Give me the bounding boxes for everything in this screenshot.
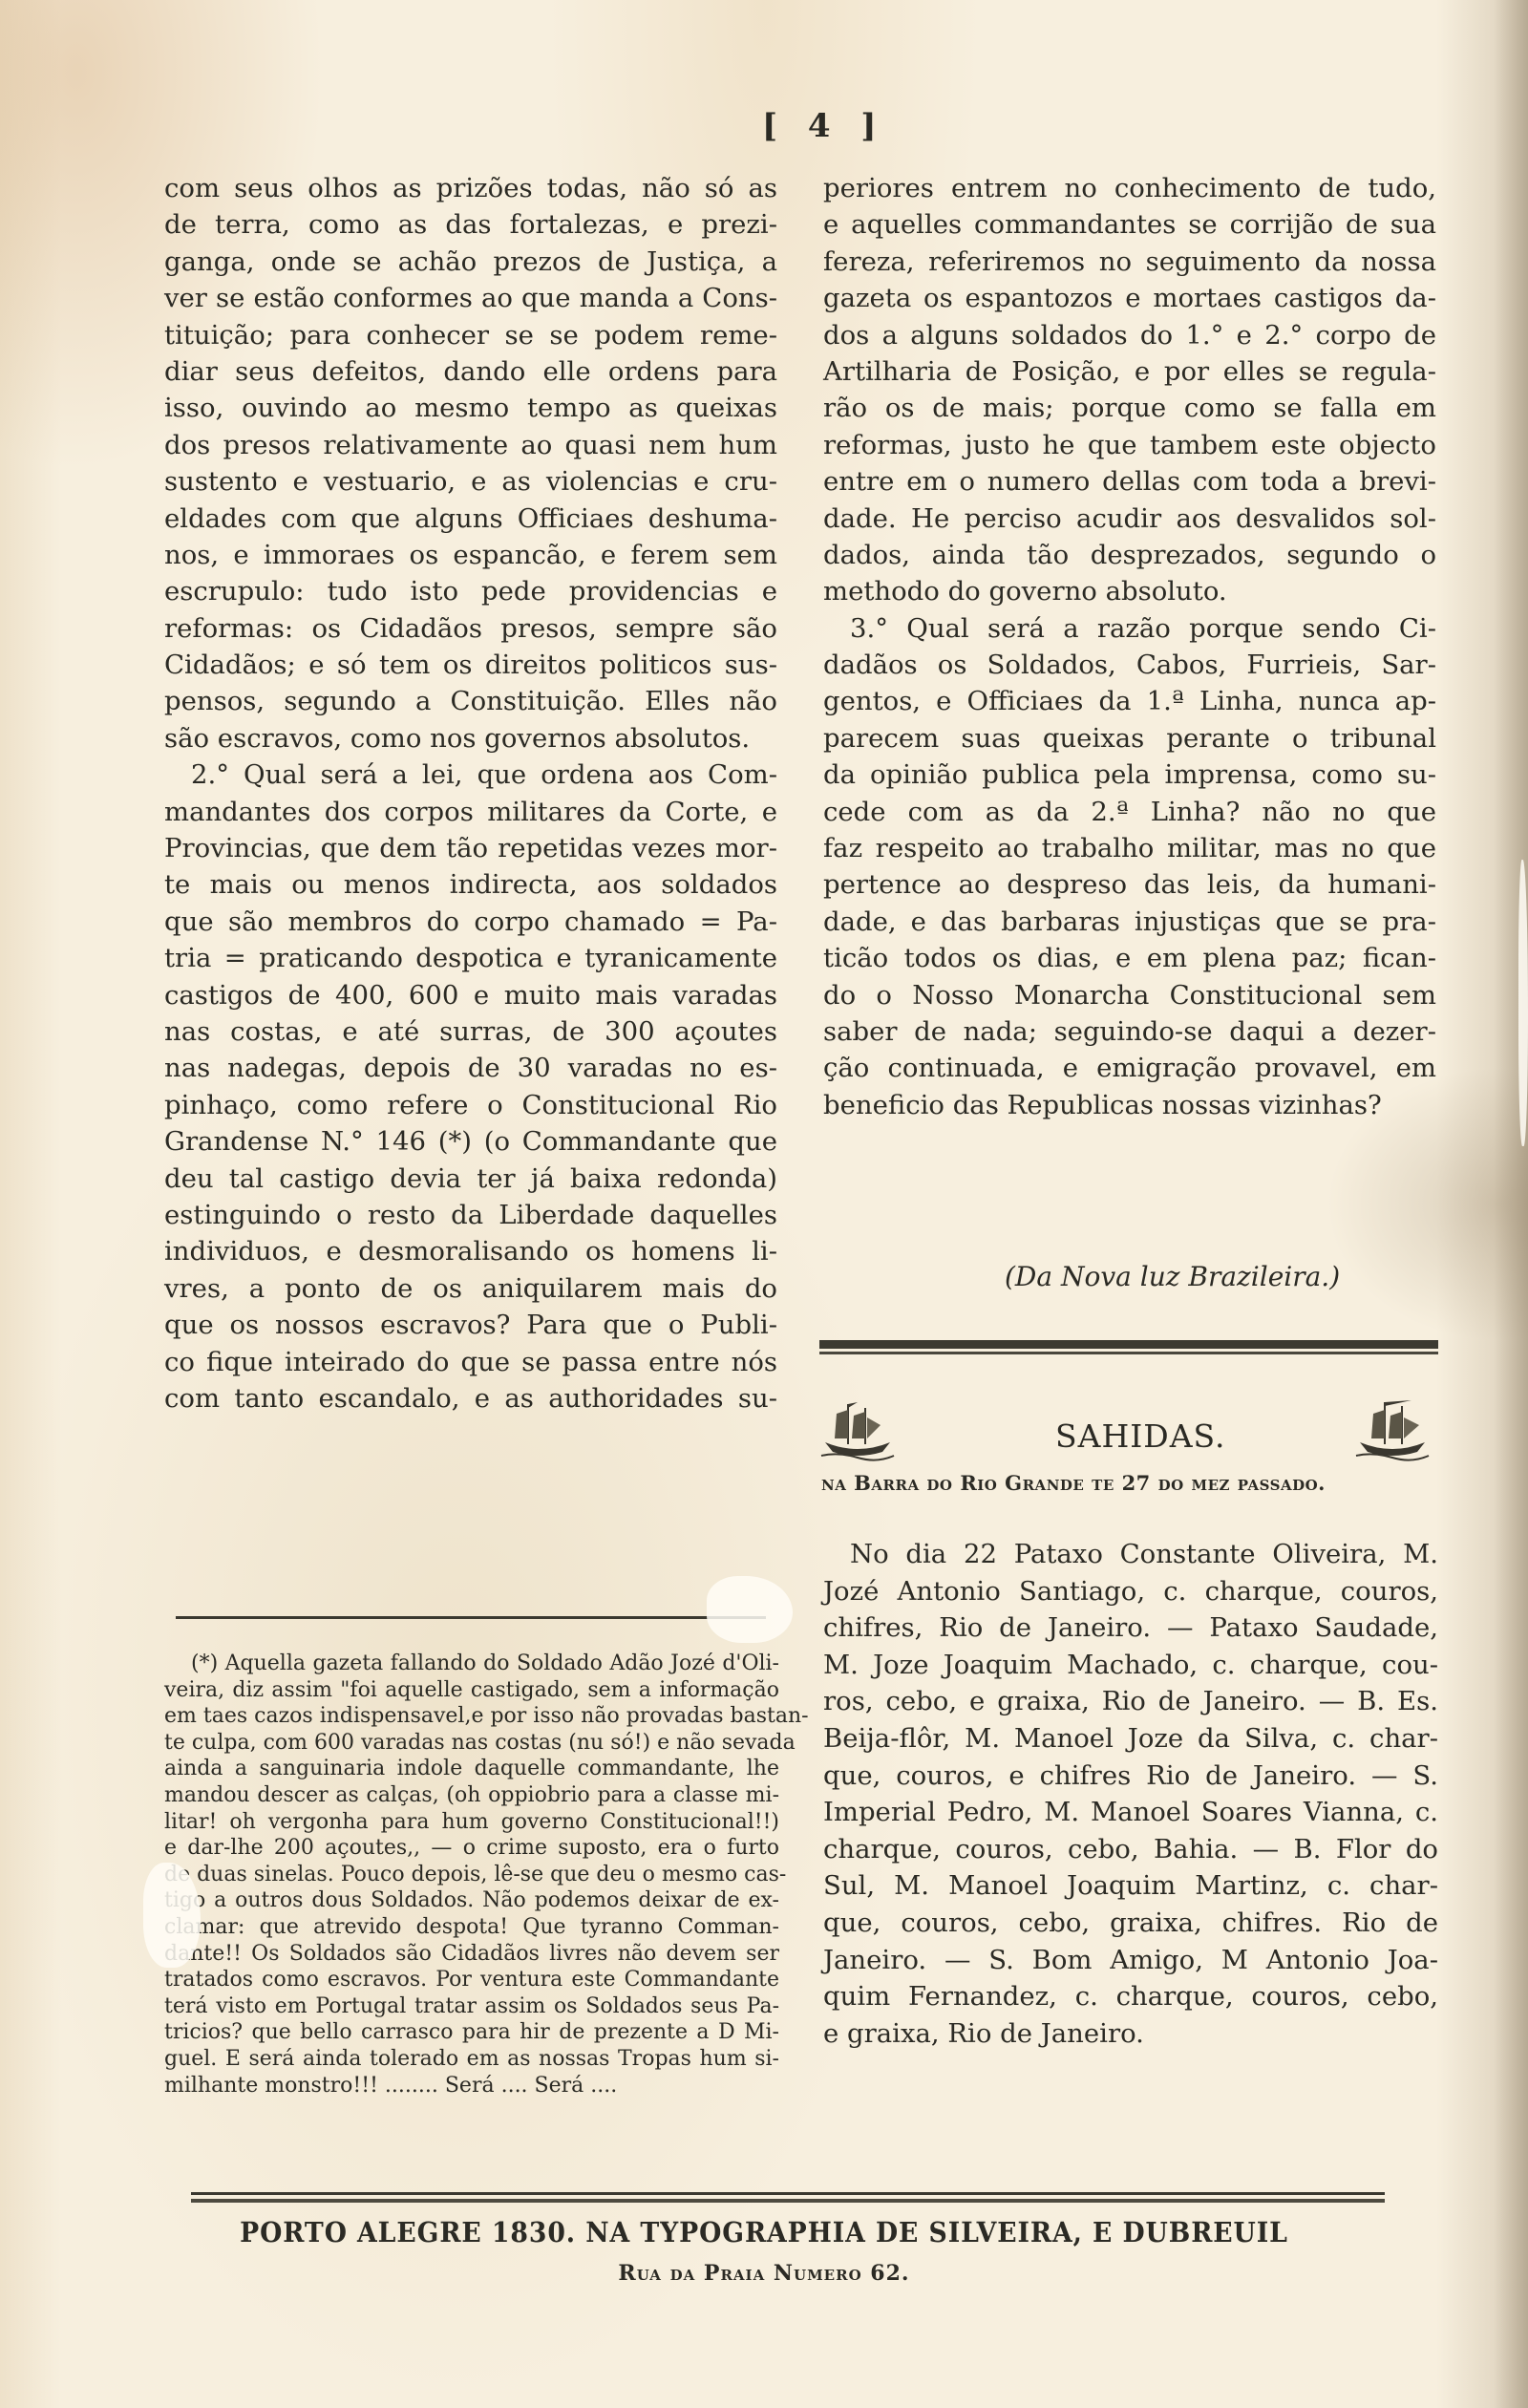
- text-line: litar! oh vergonha para hum governo Cons…: [164, 1809, 779, 1836]
- text-line: gazeta os espantozos e mortaes castigos …: [823, 280, 1436, 316]
- text-line: te mais ou menos indirecta, aos soldados: [164, 866, 777, 903]
- text-line: isso, ouvindo ao mesmo tempo as queixas: [164, 390, 777, 426]
- text-line: Imperial Pedro, M. Manoel Soares Vianna,…: [823, 1794, 1438, 1831]
- text-line: dante!! Os Soldados são Cidadãos livres …: [164, 1941, 779, 1968]
- text-line: ainda a sanguinaria indole daquelle comm…: [164, 1756, 779, 1782]
- text-line: parecem suas queixas perante o tribunal: [823, 720, 1436, 756]
- text-line: cede com as da 2.ª Linha? não no que: [823, 794, 1436, 830]
- sailing-ship-icon: [1354, 1396, 1431, 1463]
- text-line: diar seus defeitos, dando elle ordens pa…: [164, 353, 777, 390]
- text-line: Janeiro. — S. Bom Amigo, M Antonio Joa-: [823, 1942, 1438, 1979]
- text-line: ros, cebo, e graixa, Rio de Janeiro. — B…: [823, 1683, 1438, 1720]
- text-line: ção continuada, e emigração provavel, em: [823, 1050, 1436, 1086]
- text-line: e aquelles commandantes se corrijão de s…: [823, 206, 1436, 243]
- text-line: dade. He perciso acudir aos desvalidos s…: [823, 501, 1436, 537]
- text-line: e dar-lhe 200 açoutes,, — o crime supost…: [164, 1835, 779, 1862]
- text-line: dadãos os Soldados, Cabos, Furrieis, Sar…: [823, 647, 1436, 683]
- text-line: rão os de mais; porque como se falla em: [823, 390, 1436, 426]
- text-line: saber de nada; seguindo-se daqui a dezer…: [823, 1013, 1436, 1050]
- article-attribution: (Da Nova luz Brazileira.): [1005, 1261, 1340, 1292]
- text-line: pinhaço, como refere o Constitucional Ri…: [164, 1087, 777, 1123]
- sailing-ship-icon: [819, 1396, 896, 1463]
- text-line: gentos, e Officiaes da 1.ª Linha, nunca …: [823, 683, 1436, 719]
- text-line: tratados como escravos. Por ventura este…: [164, 1967, 779, 1993]
- text-line: Jozé Antonio Santiago, c. charque, couro…: [823, 1573, 1438, 1610]
- text-line: e graixa, Rio de Janeiro.: [823, 2015, 1438, 2053]
- text-line: ganga, onde se achão prezos de Justiça, …: [164, 244, 777, 280]
- text-line: fereza, referiremos no seguimento da nos…: [823, 244, 1436, 280]
- text-line: dados, ainda tão desprezados, segundo o: [823, 537, 1436, 573]
- shipping-departures-list: No dia 22 Pataxo Constante Oliveira, M.J…: [823, 1536, 1438, 2052]
- text-line: dade, e das barbaras injustiças que se p…: [823, 904, 1436, 940]
- text-line: da opinião publica pela imprensa, como s…: [823, 756, 1436, 793]
- right-column: periores entrem no conhecimento de tudo,…: [823, 170, 1436, 1123]
- text-line: que os nossos escravos? Para que o Publi…: [164, 1307, 777, 1343]
- text-line: dos a alguns soldados do 1.° e 2.° corpo…: [823, 317, 1436, 353]
- text-line: chifres, Rio de Janeiro. — Pataxo Saudad…: [823, 1609, 1438, 1647]
- left-column: com seus olhos as prizões todas, não só …: [164, 170, 777, 1417]
- text-line: Grandense N.° 146 (*) (o Commandante que: [164, 1123, 777, 1160]
- text-line: sustento e vestuario, e as violencias e …: [164, 463, 777, 500]
- text-line: nas costas, e até surras, de 300 açoutes: [164, 1013, 777, 1050]
- text-line: mandou descer as calças, (oh oppiobrio p…: [164, 1782, 779, 1809]
- text-line: 3.° Qual será a razão porque sendo Ci-: [823, 610, 1436, 647]
- text-line: ticão todos os dias, e em plena paz; fic…: [823, 940, 1436, 976]
- text-line: periores entrem no conhecimento de tudo,: [823, 170, 1436, 206]
- text-line: (*) Aquella gazeta fallando do Soldado A…: [164, 1651, 779, 1677]
- text-line: quim Fernandez, c. charque, couros, cebo…: [823, 1978, 1438, 2015]
- text-line: são escravos, como nos governos absoluto…: [164, 720, 777, 756]
- text-line: pertence ao despreso das leis, da humani…: [823, 866, 1436, 903]
- text-line: vres, a ponto de os aniquilarem mais do: [164, 1270, 777, 1307]
- text-line: Beija-flôr, M. Manoel Joze da Silva, c. …: [823, 1720, 1438, 1758]
- text-line: dos presos relativamente ao quasi nem hu…: [164, 427, 777, 463]
- text-line: No dia 22 Pataxo Constante Oliveira, M.: [823, 1536, 1438, 1573]
- text-line: em taes cazos indispensavel,e por isso n…: [164, 1703, 779, 1730]
- text-line: ver se estão conformes ao que manda a Co…: [164, 280, 777, 316]
- text-line: Sul, M. Manoel Joaquim Martinz, c. char-: [823, 1867, 1438, 1905]
- page-edge-shadow: [1494, 0, 1528, 2408]
- text-line: Artilharia de Posição, e por elles se re…: [823, 353, 1436, 390]
- text-line: nas nadegas, depois de 30 varadas no es-: [164, 1050, 777, 1086]
- section-subtitle: na Barra do Rio Grande te 27 do mez pass…: [821, 1471, 1440, 1495]
- section-divider: [819, 1340, 1438, 1349]
- text-line: deu tal castigo devia ter já baixa redon…: [164, 1161, 777, 1197]
- text-line: Cidadãos; e só tem os direitos politicos…: [164, 647, 777, 683]
- text-line: methodo do governo absoluto.: [823, 573, 1436, 609]
- footnote-divider: [176, 1616, 766, 1619]
- text-line: nos, e immoraes os espancão, e ferem sem: [164, 537, 777, 573]
- text-line: que são membros do corpo chamado = Pa-: [164, 904, 777, 940]
- text-line: tituição; para conhecer se se podem reme…: [164, 317, 777, 353]
- text-line: estinguindo o resto da Liberdade daquell…: [164, 1197, 777, 1233]
- footnote: (*) Aquella gazeta fallando do Soldado A…: [164, 1651, 779, 2099]
- text-line: do o Nosso Monarcha Constitucional sem: [823, 977, 1436, 1013]
- text-line: clamar: que atrevido despota! Que tyrann…: [164, 1914, 779, 1941]
- text-line: mandantes dos corpos militares da Corte,…: [164, 794, 777, 830]
- paper-tear: [707, 1576, 793, 1643]
- text-line: terá visto em Portugal tratar assim os S…: [164, 1993, 779, 2020]
- imprint-address: Rua da Praia Numero 62.: [0, 2261, 1528, 2286]
- text-line: 2.° Qual será a lei, que ordena aos Com-: [164, 756, 777, 793]
- text-line: charque, couros, cebo, Bahia. — B. Flor …: [823, 1831, 1438, 1868]
- section-title: SAHIDAS.: [1055, 1417, 1225, 1455]
- text-line: reformas: os Cidadãos presos, sempre são: [164, 610, 777, 647]
- text-line: tigo a outros dous Soldados. Não podemos…: [164, 1887, 779, 1914]
- imprint-line: PORTO ALEGRE 1830. NA TYPOGRAPHIA DE SIL…: [61, 2216, 1467, 2248]
- text-line: tria = praticando despotica e tyranicame…: [164, 940, 777, 976]
- text-line: te culpa, com 600 varadas nas costas (nu…: [164, 1730, 779, 1757]
- text-line: que, couros, e chifres Rio de Janeiro. —…: [823, 1758, 1438, 1795]
- text-line: tricios? que bello carrasco para hir de …: [164, 2019, 779, 2046]
- text-line: entre em o numero dellas com toda a brev…: [823, 463, 1436, 500]
- text-line: individuos, e desmoralisando os homens l…: [164, 1233, 777, 1269]
- text-line: de terra, como as das fortalezas, e prez…: [164, 206, 777, 243]
- text-line: escrupulo: tudo isto pede providencias e: [164, 573, 777, 609]
- text-line: Provincias, que dem tão repetidas vezes …: [164, 830, 777, 866]
- text-line: faz respeito ao trabalho militar, mas no…: [823, 830, 1436, 866]
- text-line: milhante monstro!!! ........ Será .... S…: [164, 2073, 779, 2099]
- text-line: com seus olhos as prizões todas, não só …: [164, 170, 777, 206]
- text-line: veira, diz assim "foi aquelle castigado,…: [164, 1677, 779, 1704]
- text-line: reformas, justo he que tambem este objec…: [823, 427, 1436, 463]
- text-line: pensos, segundo a Constituição. Elles nã…: [164, 683, 777, 719]
- text-line: de duas sinelas. Pouco depois, lê-se que…: [164, 1862, 779, 1888]
- text-line: eldades com que alguns Officiaes deshuma…: [164, 501, 777, 537]
- text-line: M. Joze Joaquim Machado, c. charque, cou…: [823, 1647, 1438, 1684]
- text-line: castigos de 400, 600 e muito mais varada…: [164, 977, 777, 1013]
- imprint-divider: [191, 2192, 1385, 2195]
- text-line: beneficio das Republicas nossas vizinhas…: [823, 1087, 1436, 1123]
- text-line: co fique inteirado do que se passa entre…: [164, 1344, 777, 1380]
- text-line: que, couros, cebo, graixa, chifres. Rio …: [823, 1905, 1438, 1942]
- text-line: guel. E será ainda tolerado em as nossas…: [164, 2046, 779, 2073]
- text-line: com tanto escandalo, e as authoridades s…: [164, 1380, 777, 1417]
- page-number: [ 4 ]: [762, 107, 886, 145]
